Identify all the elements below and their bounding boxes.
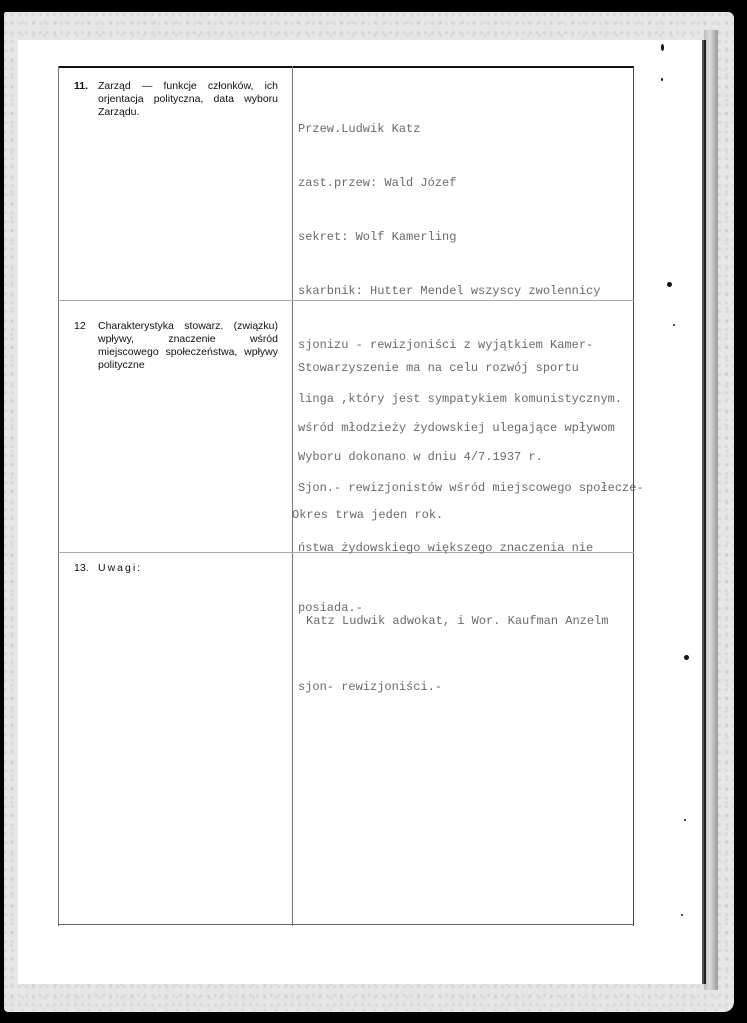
- table-top-border: [58, 66, 634, 68]
- scan-speck: [673, 324, 675, 326]
- row-12-label: 12Charakterystyka stowarz. (związku) wpł…: [74, 320, 284, 372]
- scan-speck: [661, 78, 663, 81]
- table-bottom-border: [58, 924, 634, 925]
- scan-speck: [684, 819, 686, 821]
- value-line: Przew.Ludwik Katz: [298, 120, 678, 138]
- form-table: 11.Zarząd — funkcje członków, ich orjent…: [58, 66, 634, 926]
- scan-speck: [681, 914, 683, 916]
- scan-speck: [684, 655, 689, 660]
- value-line: sjon- rewizjoniści.-: [298, 676, 678, 698]
- value-line: skarbnik: Hutter Mendel wszyscy zwolenni…: [298, 282, 678, 300]
- row-label-text: Zarząd — funkcje członków, ich orjentacj…: [98, 80, 278, 119]
- value-line: Stowarzyszenie ma na celu rozwój sportu: [298, 358, 678, 378]
- table-left-border: [58, 66, 59, 926]
- row-number: 11.: [74, 80, 98, 93]
- row-label-text: Charakterystyka stowarz. (związku) wpływ…: [98, 320, 278, 372]
- value-line: sekret: Wolf Kamerling: [298, 228, 678, 246]
- row-number: 13.: [74, 562, 98, 575]
- value-line: Katz Ludwik adwokat, i Wor. Kaufman Anze…: [306, 610, 678, 632]
- scan-speck: [667, 282, 672, 287]
- value-line: wśród młodzieży żydowskiej ulegające wpł…: [298, 418, 678, 438]
- page-edge-shadow: [704, 30, 718, 990]
- row-label-text: Uwagi:: [98, 562, 278, 575]
- value-line: Sjon.- rewizjonistów wśród miejscowego s…: [298, 478, 678, 498]
- row-13-value: Katz Ludwik adwokat, i Wor. Kaufman Anze…: [298, 566, 678, 742]
- column-divider: [292, 66, 293, 926]
- value-line: zast.przew: Wald Józef: [298, 174, 678, 192]
- row-number: 12: [74, 320, 98, 333]
- value-line: ństwa żydowskiego większego znaczenia ni…: [298, 538, 678, 558]
- row-11-label: 11.Zarząd — funkcje członków, ich orjent…: [74, 80, 284, 119]
- scan-speck: [661, 44, 664, 51]
- row-13-label: 13.Uwagi:: [74, 562, 284, 575]
